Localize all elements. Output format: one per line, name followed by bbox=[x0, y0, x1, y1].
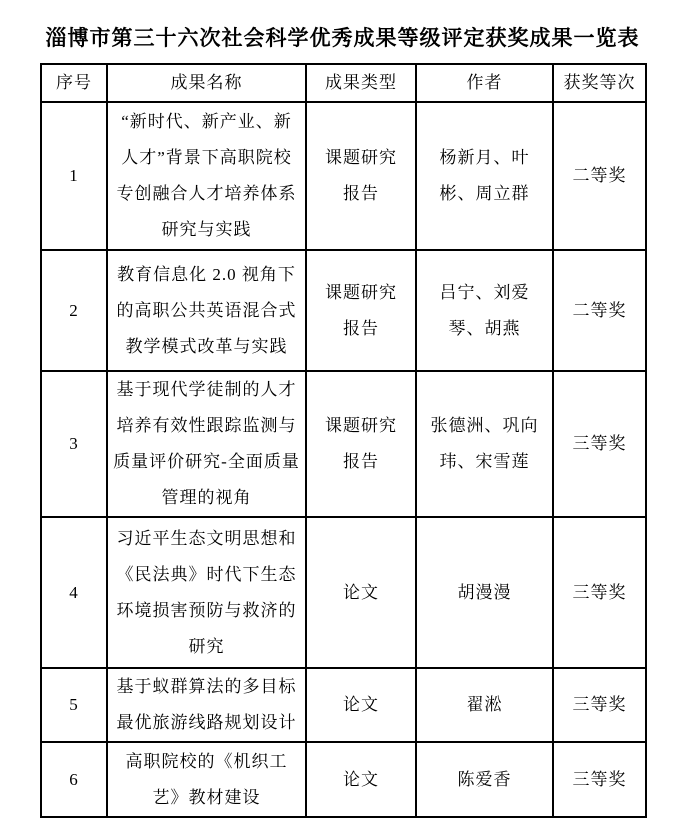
cell-type: 论文 bbox=[306, 517, 416, 668]
award-results-table: 序号 成果名称 成果类型 作者 获奖等次 1 “新时代、新产业、新 人才”背景下… bbox=[40, 63, 647, 818]
table-row: 3 基于现代学徒制的人才 培养有效性跟踪监测与 质量评价研究-全面质量 管理的视… bbox=[41, 371, 646, 517]
cell-award: 三等奖 bbox=[553, 668, 646, 742]
cell-award: 三等奖 bbox=[553, 742, 646, 817]
table-row: 4 习近平生态文明思想和 《民法典》时代下生态 环境损害预防与救济的 研究 论文… bbox=[41, 517, 646, 668]
cell-type: 课题研究 报告 bbox=[306, 250, 416, 371]
header-no: 序号 bbox=[41, 64, 107, 102]
header-author: 作者 bbox=[416, 64, 553, 102]
cell-name: 基于现代学徒制的人才 培养有效性跟踪监测与 质量评价研究-全面质量 管理的视角 bbox=[107, 371, 306, 517]
cell-type: 课题研究 报告 bbox=[306, 371, 416, 517]
header-award: 获奖等次 bbox=[553, 64, 646, 102]
cell-award: 三等奖 bbox=[553, 517, 646, 668]
cell-authors: 翟淞 bbox=[416, 668, 553, 742]
cell-award: 三等奖 bbox=[553, 371, 646, 517]
cell-name: 基于蚁群算法的多目标 最优旅游线路规划设计 bbox=[107, 668, 306, 742]
cell-no: 1 bbox=[41, 102, 107, 250]
cell-authors: 张德洲、巩向 玮、宋雪莲 bbox=[416, 371, 553, 517]
cell-type: 论文 bbox=[306, 742, 416, 817]
table-header-row: 序号 成果名称 成果类型 作者 获奖等次 bbox=[41, 64, 646, 102]
cell-name: 教育信息化 2.0 视角下 的高职公共英语混合式 教学模式改革与实践 bbox=[107, 250, 306, 371]
cell-name: “新时代、新产业、新 人才”背景下高职院校 专创融合人才培养体系 研究与实践 bbox=[107, 102, 306, 250]
page-title: 淄博市第三十六次社会科学优秀成果等级评定获奖成果一览表 bbox=[0, 0, 685, 52]
cell-authors: 陈爱香 bbox=[416, 742, 553, 817]
document-page: 淄博市第三十六次社会科学优秀成果等级评定获奖成果一览表 序号 成果名称 成果类型… bbox=[0, 0, 685, 840]
cell-authors: 杨新月、叶 彬、周立群 bbox=[416, 102, 553, 250]
table-row: 5 基于蚁群算法的多目标 最优旅游线路规划设计 论文 翟淞 三等奖 bbox=[41, 668, 646, 742]
table-row: 6 高职院校的《机织工 艺》教材建设 论文 陈爱香 三等奖 bbox=[41, 742, 646, 817]
cell-no: 3 bbox=[41, 371, 107, 517]
cell-authors: 胡漫漫 bbox=[416, 517, 553, 668]
cell-no: 5 bbox=[41, 668, 107, 742]
table-row: 2 教育信息化 2.0 视角下 的高职公共英语混合式 教学模式改革与实践 课题研… bbox=[41, 250, 646, 371]
cell-award: 二等奖 bbox=[553, 250, 646, 371]
cell-award: 二等奖 bbox=[553, 102, 646, 250]
cell-name: 习近平生态文明思想和 《民法典》时代下生态 环境损害预防与救济的 研究 bbox=[107, 517, 306, 668]
cell-type: 论文 bbox=[306, 668, 416, 742]
cell-name: 高职院校的《机织工 艺》教材建设 bbox=[107, 742, 306, 817]
header-type: 成果类型 bbox=[306, 64, 416, 102]
header-name: 成果名称 bbox=[107, 64, 306, 102]
cell-no: 4 bbox=[41, 517, 107, 668]
cell-type: 课题研究 报告 bbox=[306, 102, 416, 250]
cell-no: 6 bbox=[41, 742, 107, 817]
table-row: 1 “新时代、新产业、新 人才”背景下高职院校 专创融合人才培养体系 研究与实践… bbox=[41, 102, 646, 250]
cell-authors: 吕宁、刘爱 琴、胡燕 bbox=[416, 250, 553, 371]
cell-no: 2 bbox=[41, 250, 107, 371]
